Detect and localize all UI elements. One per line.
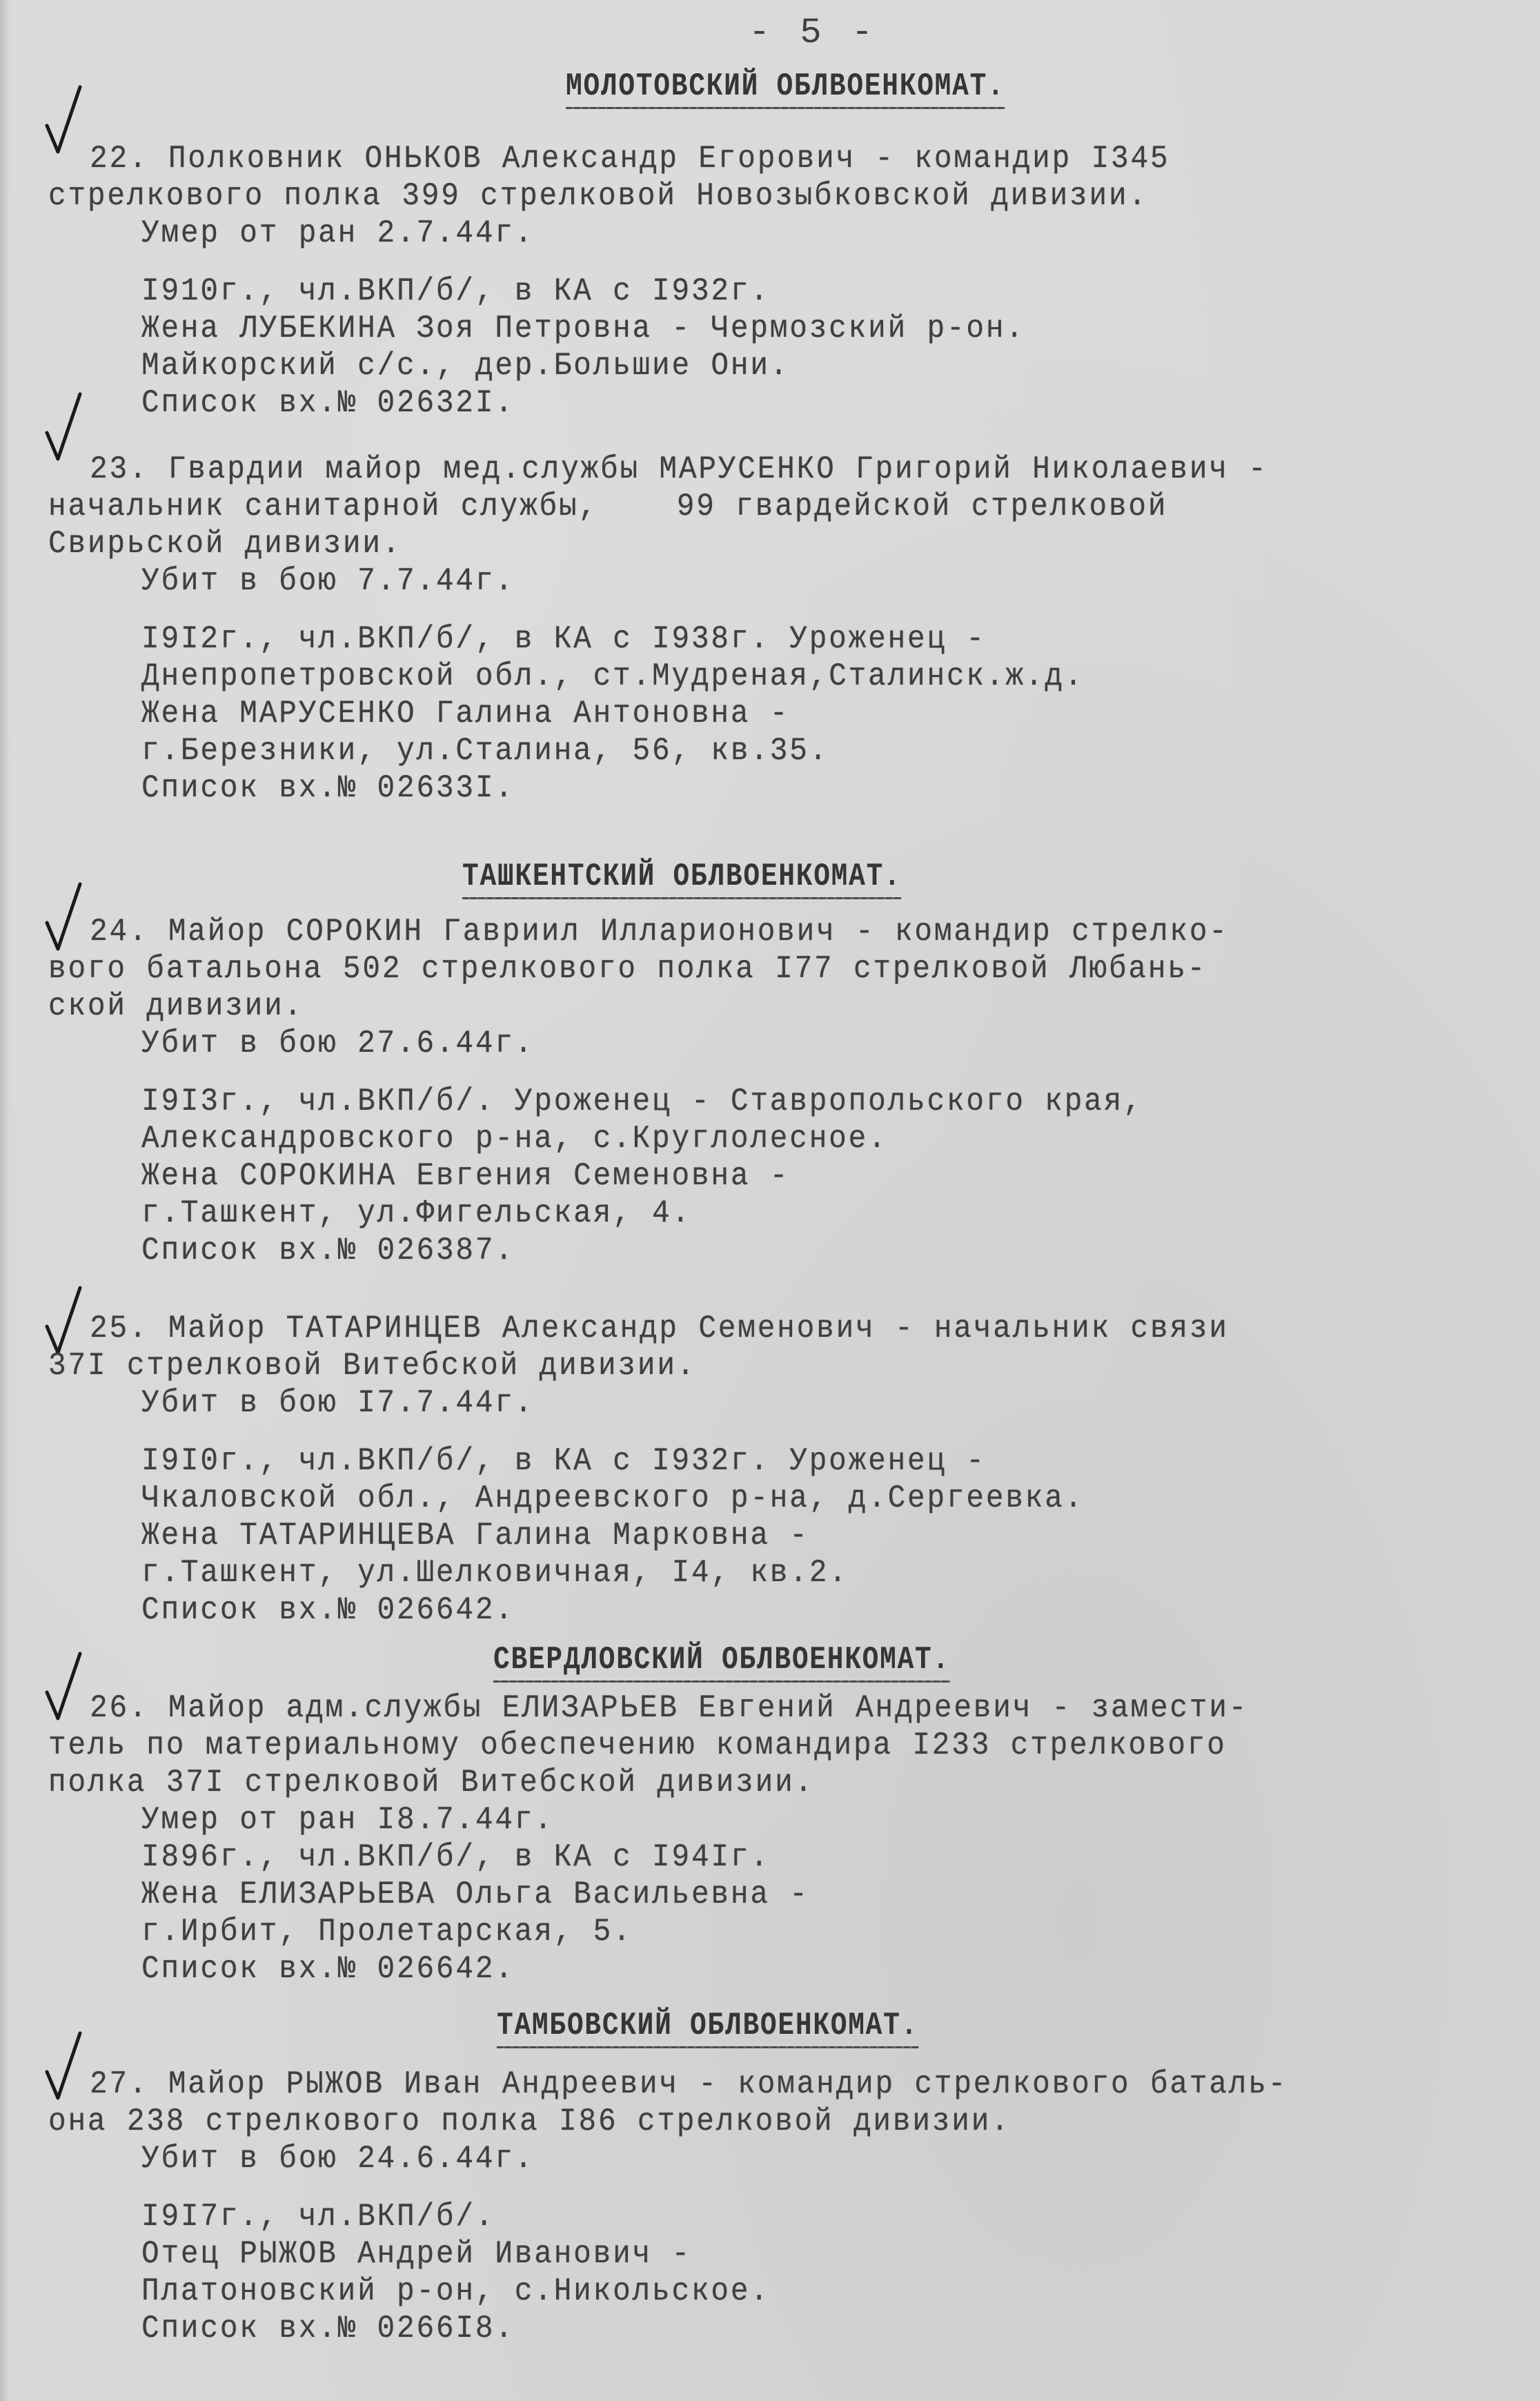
entry-text-line: полка 37I стрелковой Витебской дивизии. bbox=[48, 1765, 814, 1800]
entry-text-line: I910г., чл.ВКП/б/, в КА с I932г. bbox=[141, 274, 770, 308]
entry-text-line: Список вх.№ 02633I. bbox=[141, 771, 515, 805]
section-heading: ТАМБОВСКИЙ ОБЛВОЕНКОМАТ. bbox=[497, 2008, 918, 2043]
entry-text-line: Жена МАРУСЕНКО Галина Антоновна - bbox=[141, 696, 789, 731]
entry-title-line: 25. Майор ТАТАРИНЦЕВ Александр Семенович… bbox=[90, 1311, 1229, 1346]
entry-text-line: Убит в бою 24.6.44г. bbox=[141, 2142, 534, 2176]
entry-text-line: 37I стрелковой Витебской дивизии. bbox=[48, 1349, 696, 1383]
entry-text-line: вого батальона 502 стрелкового полка I77… bbox=[48, 952, 1207, 986]
entry-text-line: Список вх.№ 026642. bbox=[141, 1593, 515, 1627]
entry-text-line: Умер от ран I8.7.44г. bbox=[141, 1803, 554, 1837]
entry-text-line: Жена ЕЛИЗАРЬЕВА Ольга Васильевна - bbox=[141, 1877, 809, 1912]
entry-text-line: Список вх.№ 026387. bbox=[141, 1233, 515, 1268]
entry-text-line: Жена ТАТАРИНЦЕВА Галина Марковна - bbox=[141, 1518, 809, 1553]
checkmark-icon bbox=[43, 1649, 84, 1725]
section-heading: СВЕРДЛОВСКИЙ ОБЛВОЕНКОМАТ. bbox=[493, 1643, 950, 1677]
document-page: - 5 - МОЛОТОВСКИЙ ОБЛВОЕНКОМАТ.22. Полко… bbox=[0, 0, 1540, 2401]
entry-text-line: I9I0г., чл.ВКП/б/, в КА с I932г. Урожене… bbox=[141, 1444, 986, 1478]
entry-text-line: Список вх.№ 02632I. bbox=[141, 386, 515, 420]
entry-text-line: г.Березники, ул.Сталина, 56, кв.35. bbox=[141, 734, 829, 768]
checkmark-icon bbox=[43, 880, 84, 956]
entry-title-line: 23. Гвардии майор мед.службы МАРУСЕНКО Г… bbox=[90, 452, 1268, 487]
entry-text-line: I9I7г., чл.ВКП/б/. bbox=[141, 2199, 495, 2234]
entry-text-line: тель по материальному обеспечению команд… bbox=[48, 1728, 1227, 1763]
entry-text-line: г.Ташкент, ул.Шелковичная, I4, кв.2. bbox=[141, 1556, 849, 1590]
entry-text-line: I9I3г., чл.ВКП/б/. Уроженец - Ставрополь… bbox=[141, 1084, 1143, 1119]
entry-text-line: стрелкового полка 399 стрелковой Новозыб… bbox=[48, 179, 1148, 213]
entry-text-line: Отец РЫЖОВ Андрей Иванович - bbox=[141, 2237, 691, 2271]
checkmark-icon bbox=[43, 83, 84, 159]
entry-text-line: Убит в бою I7.7.44г. bbox=[141, 1386, 534, 1420]
entry-title-line: 22. Полковник ОНЬКОВ Александр Егорович … bbox=[90, 141, 1169, 176]
entry-text-line: Список вх.№ 026642. bbox=[141, 1952, 515, 1986]
entry-text-line: Жена ЛУБЕКИНА Зоя Петровна - Чермозский … bbox=[141, 311, 1025, 346]
entry-text-line: Майкорский с/с., дер.Большие Они. bbox=[141, 349, 789, 383]
entry-text-line: начальник санитарной службы, 99 гвардейс… bbox=[48, 489, 1167, 524]
entry-text-line: Убит в бою 27.6.44г. bbox=[141, 1026, 534, 1061]
entry-text-line: Умер от ран 2.7.44г. bbox=[141, 216, 534, 251]
entry-text-line: г.Ташкент, ул.Фигельская, 4. bbox=[141, 1196, 691, 1231]
entry-text-line: Свирьской дивизии. bbox=[48, 527, 402, 561]
entry-title-line: 26. Майор адм.службы ЕЛИЗАРЬЕВ Евгений А… bbox=[90, 1691, 1248, 1725]
entry-text-line: Платоновский р-он, с.Никольское. bbox=[141, 2274, 770, 2309]
checkmark-icon bbox=[43, 390, 84, 466]
page-number: - 5 - bbox=[749, 12, 877, 53]
entry-text-line: Днепропетровской обл., ст.Мудреная,Стали… bbox=[141, 659, 1084, 694]
checkmark-icon bbox=[43, 2029, 84, 2105]
entry-title-line: 27. Майор РЫЖОВ Иван Андреевич - команди… bbox=[90, 2067, 1287, 2101]
entry-text-line: I896г., чл.ВКП/б/, в КА с I94Iг. bbox=[141, 1840, 770, 1874]
entry-text-line: I9I2г., чл.ВКП/б/, в КА с I938г. Урожене… bbox=[141, 622, 986, 656]
entry-title-line: 24. Майор СОРОКИН Гавриил Илларионович -… bbox=[90, 914, 1229, 949]
entry-text-line: она 238 стрелкового полка I86 стрелковой… bbox=[48, 2104, 1011, 2139]
entry-text-line: Чкаловской обл., Андреевского р-на, д.Се… bbox=[141, 1481, 1084, 1516]
entry-text-line: Список вх.№ 0266I8. bbox=[141, 2311, 515, 2346]
entry-text-line: Убит в бою 7.7.44г. bbox=[141, 564, 515, 598]
entry-text-line: Александровского р-на, с.Круглолесное. bbox=[141, 1121, 888, 1156]
entry-text-line: г.Ирбит, Пролетарская, 5. bbox=[141, 1914, 633, 1949]
entry-text-line: Жена СОРОКИНА Евгения Семеновна - bbox=[141, 1159, 789, 1193]
section-heading: ТАШКЕНТСКИЙ ОБЛВОЕНКОМАТ. bbox=[462, 859, 902, 894]
section-heading: МОЛОТОВСКИЙ ОБЛВОЕНКОМАТ. bbox=[566, 69, 1005, 104]
entry-text-line: ской дивизии. bbox=[48, 989, 304, 1023]
